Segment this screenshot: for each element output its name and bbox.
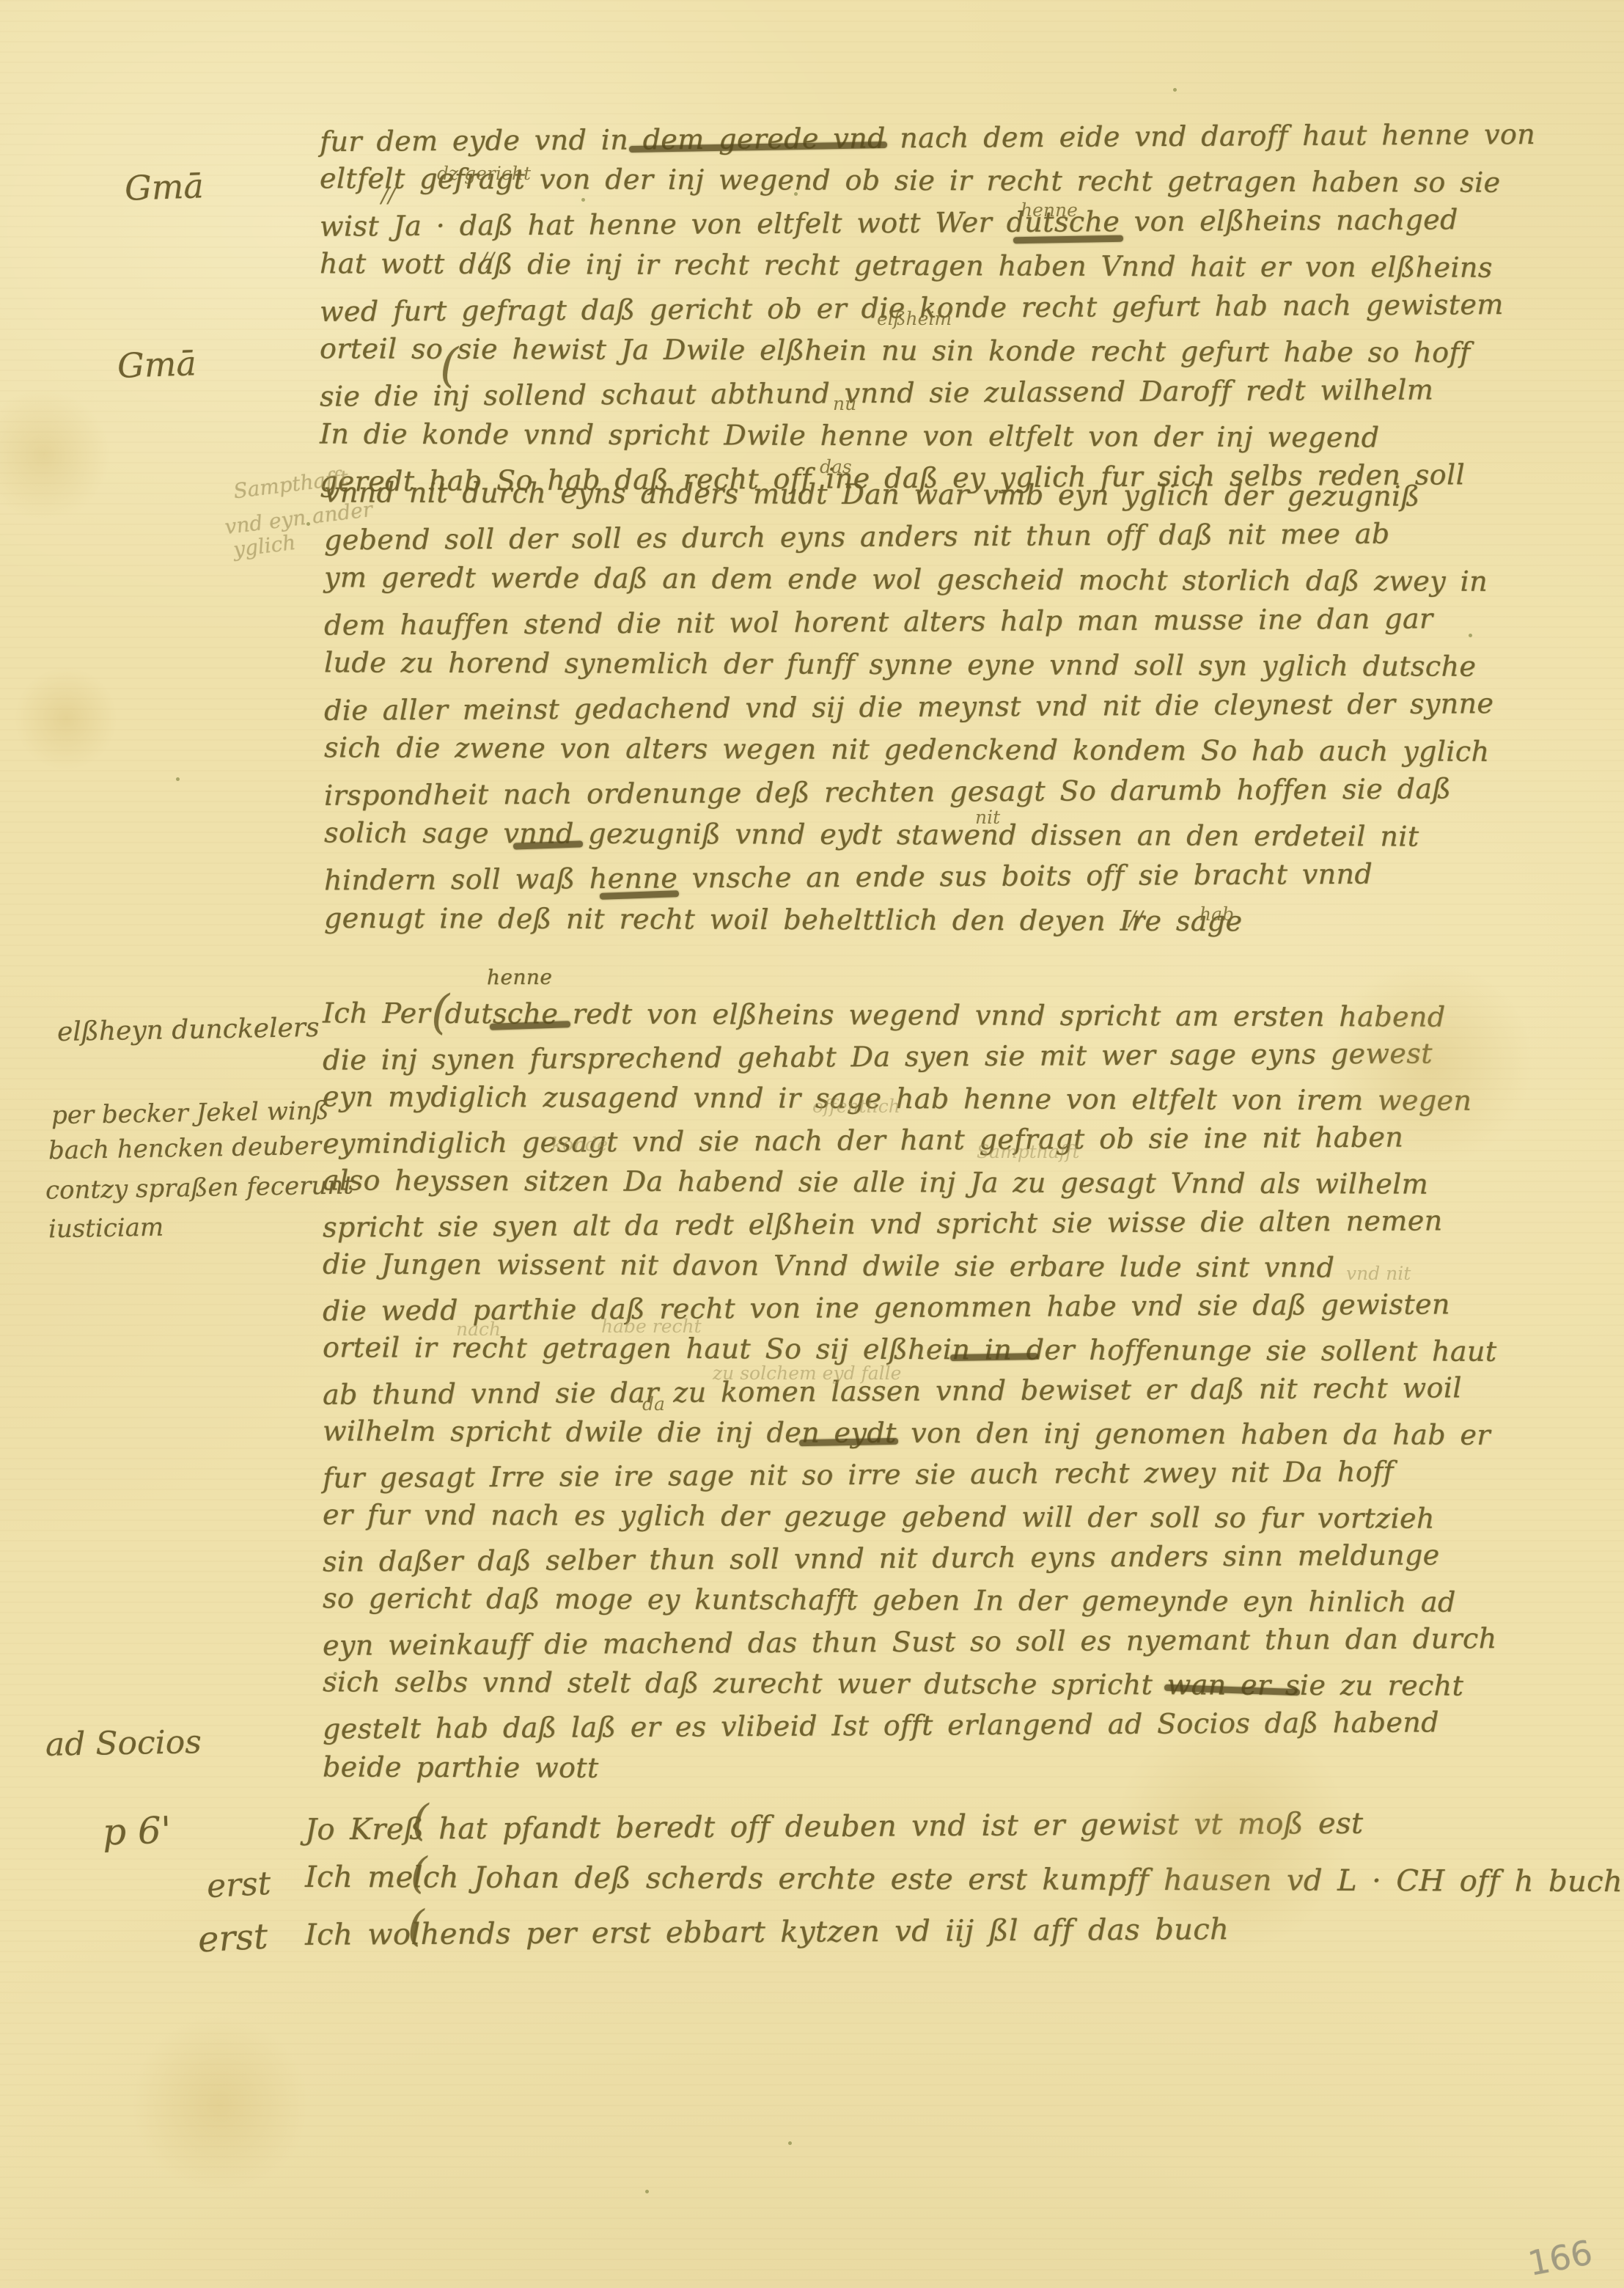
interlinear-note: hab	[1199, 903, 1234, 925]
ink-speck	[788, 2141, 792, 2145]
ink-speck	[334, 1672, 337, 1676]
ink-speck	[1469, 634, 1472, 637]
manuscript-line-block-a: orteil so sie hewist Ja Dwile elßhein nu…	[320, 332, 1471, 368]
parchment-stain	[15, 667, 117, 770]
ink-speck	[176, 777, 180, 781]
manuscript-line-block-c: eyn weinkauff die machend das thun Sust …	[323, 1622, 1497, 1662]
manuscript-line-block-b: genugt ine deß nit recht woil behelttlic…	[324, 902, 1243, 937]
handwriting-layer: fur dem eyde vnd in dem gerede vnd nach …	[0, 0, 1624, 2288]
manuscript-line-block-a: wist Ja · daß hat henne von eltfelt wott…	[320, 203, 1458, 242]
manuscript-line-block-c: spricht sie syen alt da redt elßhein vnd…	[323, 1204, 1443, 1243]
manuscript-line-block-b: ym geredt werde daß an dem ende wol gesc…	[324, 561, 1488, 598]
manuscript-line-block-c: eymindiglich gesagt vnd sie nach der han…	[323, 1121, 1403, 1159]
interlinear-note: elßheim	[877, 308, 952, 329]
paragraph-mark: (	[431, 986, 449, 1040]
paragraph-mark: (	[412, 1795, 429, 1845]
manuscript-line-block-a: fur dem eyde vnd in dem gerede vnd nach …	[320, 118, 1535, 158]
ink-speck	[645, 2190, 649, 2193]
manuscript-line-block-b: die aller meinst gedachend vnd sij die m…	[324, 687, 1494, 727]
manuscript-line-block-b: irspondheit nach ordenunge deß rechten g…	[324, 772, 1451, 811]
margin-note: contzy spraßen fecerunt	[45, 1170, 353, 1205]
parchment-stain	[132, 2017, 308, 2193]
interlinear-note: henne	[1021, 199, 1078, 221]
manuscript-line-block-b: solich sage vnnd gezugniß vnnd eydt staw…	[324, 816, 1419, 852]
margin-note: erst	[206, 1865, 272, 1906]
manuscript-line-block-a: hat wott daß die inj ir recht recht getr…	[320, 247, 1493, 284]
manuscript-line-block-c: so gericht daß moge ey kuntschafft geben…	[323, 1582, 1456, 1618]
paragraph-mark: //	[381, 183, 395, 208]
parchment-stain	[1327, 961, 1532, 1166]
manuscript-line-block-c: sich selbs vnnd stelt daß zurecht wuer d…	[323, 1665, 1463, 1701]
paragraph-mark: (	[440, 339, 458, 393]
interlinear-note: Sampthafft	[977, 1141, 1080, 1162]
manuscript-line-block-b: gebend soll der soll es durch eyns ander…	[324, 518, 1390, 557]
ink-speck	[1173, 88, 1177, 92]
manuscript-line-block-c: also heyssen sitzen Da habend sie alle i…	[323, 1164, 1428, 1200]
margin-note: Gmā	[117, 343, 197, 386]
margin-note: erst	[197, 1916, 269, 1961]
manuscript-line-block-a: In die konde vnnd spricht Dwile henne vo…	[320, 417, 1380, 453]
margin-note: elßheyn dunckelers	[57, 1013, 320, 1047]
interlinear-note: konde	[551, 1134, 608, 1155]
manuscript-line-block-b: dem hauffen stend die nit wol horent alt…	[324, 602, 1433, 641]
manuscript-line-block-c: sin daßer daß selber thun soll vnnd nit …	[323, 1539, 1440, 1577]
interlinear-note: dz gericht	[437, 163, 531, 184]
paragraph-mark: (	[411, 1848, 427, 1898]
manuscript-line-catchword: henne	[487, 965, 552, 990]
manuscript-page: fur dem eyde vnd in dem gerede vnd nach …	[0, 0, 1624, 2288]
manuscript-line-block-c: fur gesagt Irre sie ire sage nit so irre…	[323, 1456, 1394, 1495]
ink-speck	[794, 192, 798, 196]
manuscript-line-block-c: die inj synen fursprechend gehabt Da sye…	[323, 1037, 1433, 1076]
interlinear-note: zu solchem eyd falle	[713, 1363, 901, 1384]
ink-speck	[306, 522, 310, 526]
paragraph-mark: //	[1129, 906, 1143, 931]
interlinear-note: nu	[833, 393, 856, 414]
manuscript-line-block-b: lude zu horend synemlich der funff synne…	[324, 646, 1476, 682]
margin-note: per becker Jekel winß	[51, 1096, 329, 1131]
manuscript-line-block-c: beide parthie wott	[323, 1750, 599, 1783]
margin-note: Gmā	[124, 166, 205, 208]
margin-note: p 6'	[102, 1808, 172, 1853]
interlinear-note: nit	[975, 807, 1000, 828]
ink-speck	[581, 198, 585, 202]
manuscript-line-block-b: sich die zwene von alters wegen nit gede…	[324, 731, 1490, 768]
interlinear-note: habe recht	[601, 1316, 702, 1337]
interlinear-note: das	[820, 456, 852, 477]
manuscript-line-block-d: Ich melch Johan deß scherds erchte este …	[305, 1860, 1623, 1899]
margin-note: iusticiam	[48, 1213, 164, 1244]
parchment-stain	[0, 389, 110, 521]
manuscript-line-block-c: die Jungen wissent nit davon Vnnd dwile …	[323, 1248, 1334, 1284]
parchment-stain	[1114, 1716, 1349, 1951]
manuscript-line-block-c: er fur vnd nach es yglich der gezuge geb…	[323, 1498, 1435, 1534]
manuscript-line-block-c: wilhelm spricht dwile die inj den eydt v…	[323, 1415, 1491, 1451]
manuscript-line-block-b: vnnd nit durch eyns anders mudt Dan war …	[324, 476, 1420, 512]
manuscript-line-block-d: Ich wolhends per erst ebbart kytzen vd i…	[305, 1913, 1230, 1952]
interlinear-note: da	[642, 1393, 665, 1415]
strikethrough-mark	[1013, 235, 1123, 244]
manuscript-line-block-a: sie die inj sollend schaut abthund vnnd …	[320, 373, 1433, 412]
interlinear-note: vnd nit	[1346, 1263, 1411, 1284]
manuscript-line-block-b: hindern soll waß henne vnsche an ende su…	[324, 858, 1373, 897]
interlinear-note: offentlich	[812, 1096, 900, 1117]
interlinear-note: nach	[456, 1319, 501, 1340]
paragraph-mark: //	[480, 248, 494, 272]
margin-note: ad Socios	[45, 1723, 202, 1764]
margin-note: bach hencken deuber	[48, 1132, 322, 1165]
paragraph-mark: (	[408, 1901, 425, 1951]
